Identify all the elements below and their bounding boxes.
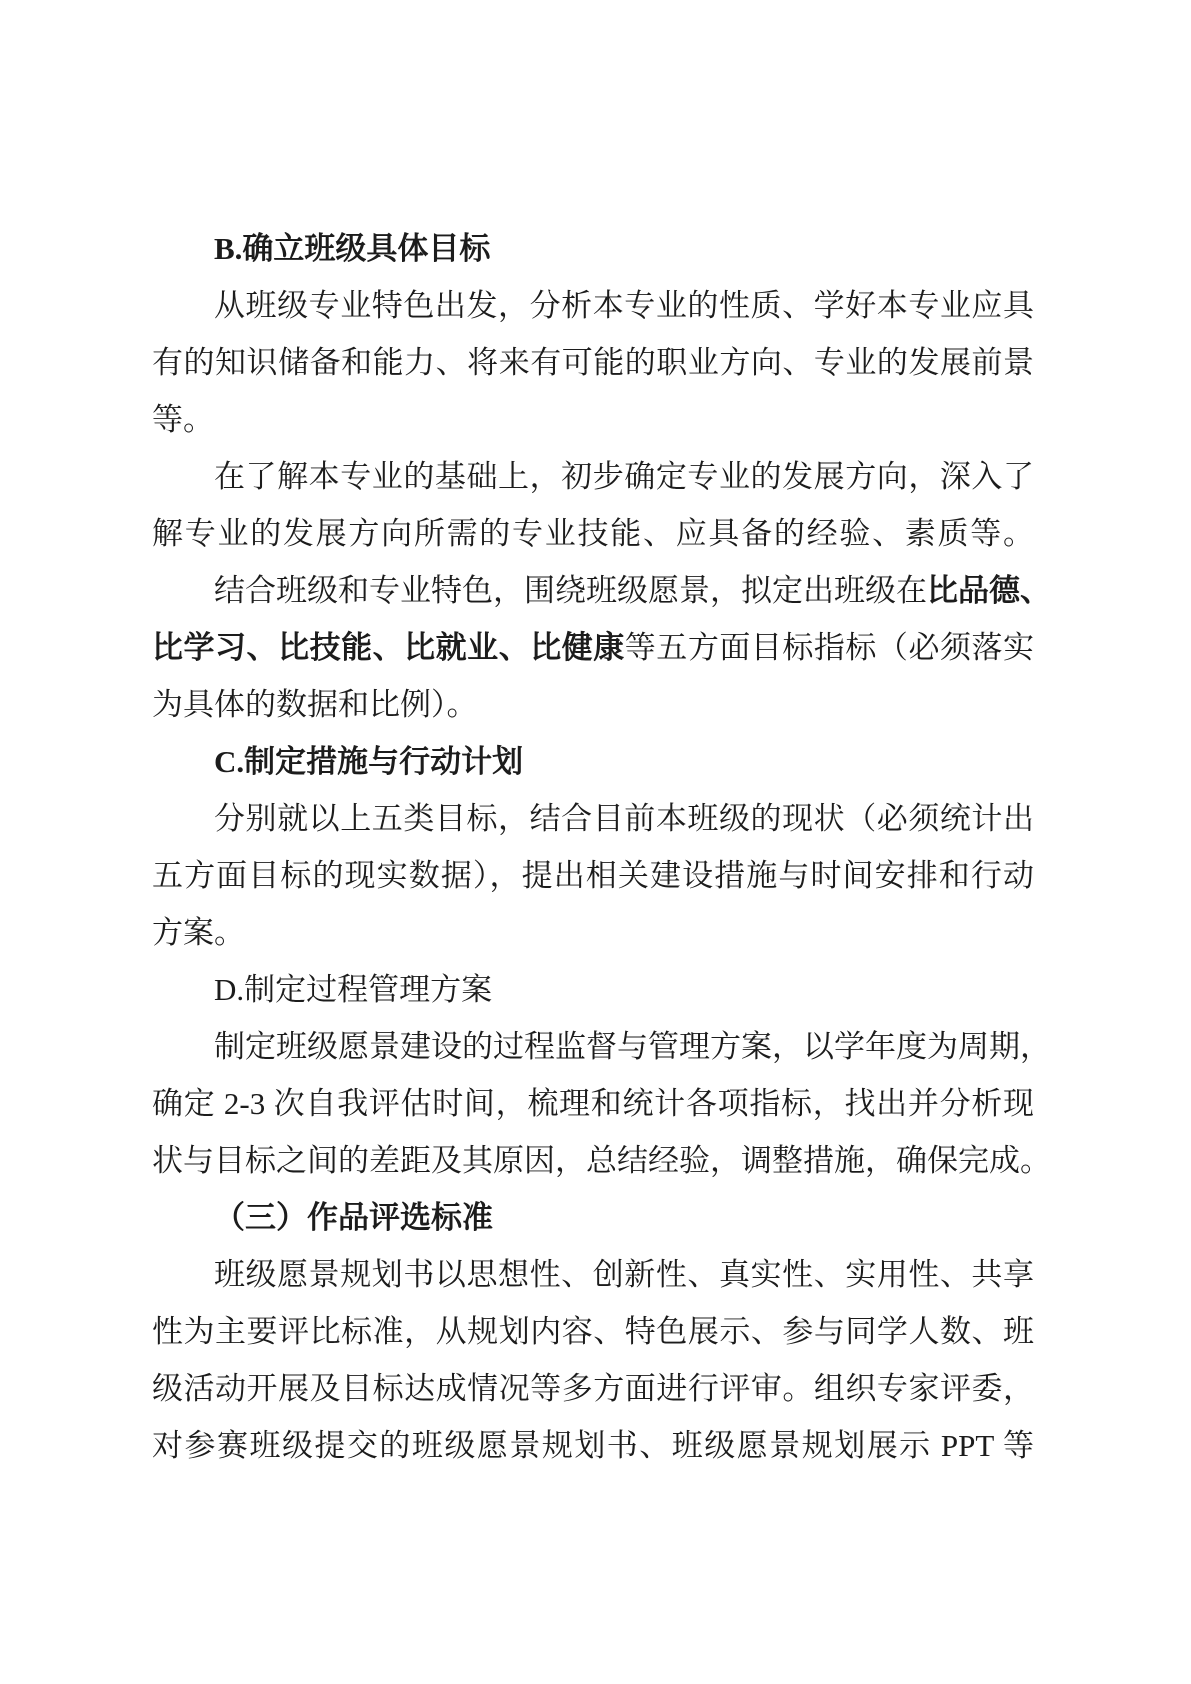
text-line: 班级愿景规划书以思想性、创新性、真实性、实用性、共享 (152, 1246, 1034, 1303)
text-segment: 确定 2-3 次自我评估时间，梳理和统计各项指标，找出并分析现 (152, 1086, 1034, 1121)
text-segment: 状与目标之间的差距及其原因，总结经验，调整措施，确保完成。 (152, 1143, 1051, 1178)
text-line: 制定班级愿景建设的过程监督与管理方案，以学年度为周期， (152, 1018, 1034, 1075)
text-line: 确定 2-3 次自我评估时间，梳理和统计各项指标，找出并分析现 (152, 1075, 1034, 1132)
heading-line: C.制定措施与行动计划 (152, 733, 1034, 790)
text-line: 从班级专业特色出发，分析本专业的性质、学好本专业应具 (152, 277, 1034, 334)
text-line: 解专业的发展方向所需的专业技能、应具备的经验、素质等。 (152, 505, 1034, 562)
text-segment: 对参赛班级提交的班级愿景规划书、班级愿景规划展示 PPT 等 (152, 1428, 1034, 1463)
text-line: 性为主要评比标准，从规划内容、特色展示、参与同学人数、班 (152, 1303, 1034, 1360)
text-line: 为具体的数据和比例）。 (152, 676, 1034, 733)
text-line: 结合班级和专业特色，围绕班级愿景，拟定出班级在比品德、 (152, 562, 1034, 619)
heading-line: （三）作品评选标准 (152, 1189, 1034, 1246)
text-line: 等。 (152, 391, 1034, 448)
text-line: 状与目标之间的差距及其原因，总结经验，调整措施，确保完成。 (152, 1132, 1034, 1189)
text-line: 有的知识储备和能力、将来有可能的职业方向、专业的发展前景 (152, 334, 1034, 391)
text-segment: 等五方面目标指标（必须落实 (625, 630, 1034, 665)
heading-line: B.确立班级具体目标 (152, 220, 1034, 277)
text-segment: 有的知识储备和能力、将来有可能的职业方向、专业的发展前景 (152, 345, 1034, 380)
text-segment: C.制定措施与行动计划 (214, 744, 523, 779)
document-page: B.确立班级具体目标从班级专业特色出发，分析本专业的性质、学好本专业应具有的知识… (0, 0, 1191, 1684)
text-line: 方案。 (152, 904, 1034, 961)
text-segment: 五方面目标的现实数据），提出相关建设措施与时间安排和行动 (152, 858, 1034, 893)
text-segment: 在了解本专业的基础上，初步确定专业的发展方向，深入了 (214, 459, 1034, 494)
text-segment: 级活动开展及目标达成情况等多方面进行评审。组织专家评委， (152, 1371, 1034, 1406)
text-line: 五方面目标的现实数据），提出相关建设措施与时间安排和行动 (152, 847, 1034, 904)
text-segment: 分别就以上五类目标，结合目前本班级的现状（必须统计出 (214, 801, 1034, 836)
text-segment: 制定班级愿景建设的过程监督与管理方案，以学年度为周期， (214, 1029, 1051, 1064)
text-segment: 等。 (152, 402, 214, 437)
text-segment: 方案。 (152, 915, 245, 950)
text-line: 对参赛班级提交的班级愿景规划书、班级愿景规划展示 PPT 等 (152, 1417, 1034, 1474)
text-line: 级活动开展及目标达成情况等多方面进行评审。组织专家评委， (152, 1360, 1034, 1417)
text-segment: 比学习、比技能、比就业、比健康 (152, 630, 625, 665)
text-line: 分别就以上五类目标，结合目前本班级的现状（必须统计出 (152, 790, 1034, 847)
text-segment: 结合班级和专业特色，围绕班级愿景，拟定出班级在 (214, 573, 927, 608)
text-segment: （三）作品评选标准 (214, 1200, 493, 1235)
text-segment: D.制定过程管理方案 (214, 972, 492, 1007)
text-segment: 为具体的数据和比例）。 (152, 687, 478, 722)
text-segment: 从班级专业特色出发，分析本专业的性质、学好本专业应具 (214, 288, 1034, 323)
text-segment: 比品德、 (927, 573, 1051, 608)
text-segment: B.确立班级具体目标 (214, 231, 490, 266)
heading-line: D.制定过程管理方案 (152, 961, 1034, 1018)
text-segment: 班级愿景规划书以思想性、创新性、真实性、实用性、共享 (214, 1257, 1034, 1292)
text-segment: 性为主要评比标准，从规划内容、特色展示、参与同学人数、班 (152, 1314, 1034, 1349)
document-body: B.确立班级具体目标从班级专业特色出发，分析本专业的性质、学好本专业应具有的知识… (152, 220, 1034, 1474)
text-line: 比学习、比技能、比就业、比健康等五方面目标指标（必须落实 (152, 619, 1034, 676)
text-line: 在了解本专业的基础上，初步确定专业的发展方向，深入了 (152, 448, 1034, 505)
text-segment: 解专业的发展方向所需的专业技能、应具备的经验、素质等。 (152, 516, 1034, 551)
